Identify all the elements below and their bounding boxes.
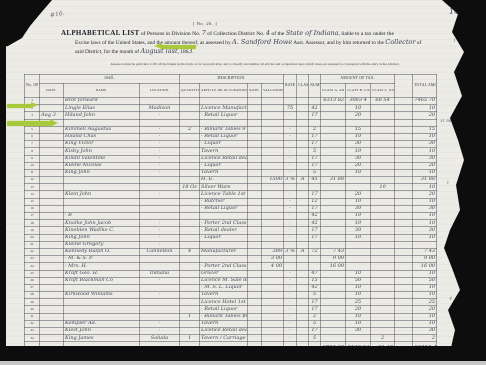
- ledger-cell-name: [64, 284, 140, 291]
- ledger-cell-rate: [248, 105, 262, 112]
- ledger-cell-b: [346, 184, 371, 191]
- ledger-cell-name: Kindll Valentine: [64, 155, 140, 162]
- ledger-cell-b: 10: [346, 198, 371, 205]
- ledger-cell-qty: [180, 220, 200, 227]
- scan-edge-top-left: [0, 0, 56, 50]
- ledger-cell-qty: 1: [180, 335, 200, 342]
- ledger-cell-loc: ·: [140, 227, 180, 234]
- ledger-cell-x: [395, 213, 413, 220]
- ledger-cell-cls: [297, 184, 309, 191]
- ledger-cell-rate: [248, 270, 262, 277]
- ledger-cell-cls: [297, 256, 309, 263]
- ledger-cell-date: [40, 234, 64, 241]
- ledger-cell-cls: [297, 126, 309, 133]
- ledger-cell-qty: [180, 205, 200, 212]
- ledger-cell-qty: [180, 155, 200, 162]
- ledger-cell-cls: [297, 133, 309, 140]
- handwritten-entry: A. Sandford Howe: [232, 38, 292, 46]
- ledger-cell-art: · Porter 2nd Class: [200, 263, 248, 270]
- ledger-cell-c: [371, 234, 395, 241]
- ledger-cell-b: 50: [346, 277, 371, 284]
- ledger-cell-name: Kirkwood Williams: [64, 292, 140, 299]
- pencil-margin-mark: 1: [453, 38, 456, 44]
- ledger-row: 30· Retail Liquor·172020: [25, 306, 437, 313]
- ledger-cell-x: [395, 292, 413, 299]
- line-number-cell: 33: [25, 328, 40, 335]
- ledger-cell-date: [40, 141, 64, 148]
- ledger-cell-t: 2: [413, 335, 437, 342]
- ledger-cell-val: [262, 148, 284, 155]
- ledger-cell-t: 16 00: [413, 263, 437, 270]
- ledger-cell-loc: [140, 299, 180, 306]
- ledger-cell-date: [40, 299, 64, 306]
- ledger-cell-date: [40, 227, 64, 234]
- ledger-cell-loc: [140, 98, 180, 105]
- ledger-cell-c: [371, 177, 395, 184]
- ledger-cell-a: [321, 227, 346, 234]
- ledger-cell-art: [200, 241, 248, 248]
- ledger-cell-loc: ·: [140, 320, 180, 327]
- ledger-cell-name: Kraft Geo. H.: [64, 270, 140, 277]
- ledger-cell-rate: [248, 335, 262, 342]
- ledger-cell-art: H. E.: [200, 177, 248, 184]
- ledger-cell-c: [371, 112, 395, 119]
- ledger-cell-a: [321, 198, 346, 205]
- ledger-cell-art: [200, 98, 248, 105]
- ledger-cell-c: [371, 119, 395, 126]
- ledger-cell-name: King John: [64, 169, 140, 176]
- ledger-cell-c: [371, 205, 395, 212]
- ledger-cell-date: [40, 277, 64, 284]
- ledger-cell-b: 3083 4: [346, 98, 371, 105]
- ledger-cell-x: [395, 227, 413, 234]
- ledger-cell-c: [371, 213, 395, 220]
- line-number-cell: 21: [25, 241, 40, 248]
- ledger-cell-x: [395, 191, 413, 198]
- ledger-cell-date: [40, 270, 64, 277]
- ledger-cell-val: [262, 241, 284, 248]
- ledger-cell-rate: [248, 141, 262, 148]
- ledger-cell-x: [395, 112, 413, 119]
- ledger-cell-art: · Retail Liquor: [200, 112, 248, 119]
- ledger-row: 27· M. S. L. Liquor·421010: [25, 284, 437, 291]
- ledger-cell-val: [262, 98, 284, 105]
- ledger-cell-rot: [284, 98, 297, 105]
- ledger-cell-t: 20: [413, 112, 437, 119]
- line-number-cell: 29: [25, 299, 40, 306]
- pencil-mark-top-left: #16.: [50, 10, 66, 19]
- ledger-cell-qty: [180, 198, 200, 205]
- ledger-cell-cls: [297, 263, 309, 270]
- ledger-row: 29Licence Hotel 1st Class·172525: [25, 299, 437, 306]
- ledger-cell-rot: ·: [284, 133, 297, 140]
- ledger-cell-loc: ·: [140, 292, 180, 299]
- ledger-cell-date: [40, 155, 64, 162]
- highlight-arrow-row-right: [7, 102, 38, 109]
- ledger-cell-val: [262, 198, 284, 205]
- ledger-row: 8Kisby John·Tavern·51010: [25, 148, 437, 155]
- ledger-row: 1Brot forward6313 823083 468 547465 70: [25, 98, 437, 105]
- ledger-cell-num: 17: [309, 162, 321, 169]
- ledger-cell-loc: ·: [140, 162, 180, 169]
- ledger-cell-cls: A: [297, 177, 309, 184]
- ledger-cell-name: [64, 177, 140, 184]
- ledger-cell-val: [262, 162, 284, 169]
- ledger-cell-rot: ·: [284, 198, 297, 205]
- ledger-cell-val: [262, 169, 284, 176]
- ledger-cell-rot: ·: [284, 213, 297, 220]
- ledger-cell-rot: [284, 184, 297, 191]
- ledger-row: 1318 OzSilver Ware1010: [25, 184, 437, 191]
- ledger-cell-art: Licence M. Sale dealer: [200, 277, 248, 284]
- ledger-cell-a: [321, 105, 346, 112]
- ledger-cell-art: · Billiard Tables $6: [200, 313, 248, 320]
- ledger-cell-b: 10: [346, 284, 371, 291]
- ledger-row: 3Aug 3Hiland John·· Retail Liquor·172020: [25, 112, 437, 119]
- ledger-cell-b: 10: [346, 105, 371, 112]
- ledger-cell-c: [371, 133, 395, 140]
- col-header-line: No. OF LINE.: [25, 75, 40, 98]
- ledger-cell-t: 30: [413, 227, 437, 234]
- ledger-cell-art: Tavern: [200, 169, 248, 176]
- ledger-cell-loc: Madison: [140, 105, 180, 112]
- ledger-cell-qty: [180, 328, 200, 335]
- ledger-row: 21Kleine Gregory·: [25, 241, 437, 248]
- ledger-cell-rate: [248, 98, 262, 105]
- pencil-margin-mark: 4: [449, 296, 452, 302]
- ledger-cell-name: Kineblen Wadlke C.: [64, 227, 140, 234]
- ledger-cell-x: [395, 320, 413, 327]
- col-header-date: DATE.: [40, 84, 64, 98]
- ledger-cell-art: Tavern: [200, 320, 248, 327]
- line-number-cell: 31: [25, 313, 40, 320]
- ledger-cell-art: · Retail dealer: [200, 227, 248, 234]
- ledger-cell-loc: ·: [140, 141, 180, 148]
- ledger-cell-loc: [140, 213, 180, 220]
- line-number-cell: 32: [25, 320, 40, 327]
- ledger-cell-t: 20: [413, 191, 437, 198]
- ledger-cell-t: 30: [413, 141, 437, 148]
- group-header-amount-of-tax: AMOUNT OF TAX.: [321, 75, 395, 84]
- ledger-cell-rate: [248, 256, 262, 263]
- ledger-cell-c: [371, 248, 395, 255]
- ledger-cell-t: 15: [413, 126, 437, 133]
- printed-text: of Collection District No.: [206, 31, 266, 37]
- ledger-cell-art: · Liquor: [200, 141, 248, 148]
- ledger-cell-x: [395, 126, 413, 133]
- line-number-cell: 19: [25, 227, 40, 234]
- ledger-cell-t: 10: [413, 184, 437, 191]
- col-header-location: LOCATION.: [140, 84, 180, 98]
- ledger-cell-date: Aug 3: [40, 112, 64, 119]
- ledger-cell-num: [309, 256, 321, 263]
- ledger-cell-cls: [297, 191, 309, 198]
- ledger-cell-c: [371, 320, 395, 327]
- printed-text: Asst. Assessor, and by him returned to t…: [292, 40, 385, 46]
- line-number-cell: 30: [25, 306, 40, 313]
- ledger-cell-cls: [297, 105, 309, 112]
- ledger-cell-b: [346, 177, 371, 184]
- ledger-cell-date: [40, 335, 64, 342]
- ledger-cell-c: [371, 241, 395, 248]
- ledger-cell-num: 17: [309, 328, 321, 335]
- ledger-cell-qty: [180, 162, 200, 169]
- ledger-cell-c: [371, 313, 395, 320]
- ledger-cell-cls: [297, 119, 309, 126]
- ledger-cell-art: [200, 213, 248, 220]
- ledger-cell-t: 30: [413, 205, 437, 212]
- ledger-cell-rate: [248, 155, 262, 162]
- ledger-cell-b: 10: [346, 220, 371, 227]
- ledger-cell-rate: [248, 126, 262, 133]
- ledger-cell-art: Tavern: [200, 148, 248, 155]
- ledger-cell-x: [395, 133, 413, 140]
- ledger-cell-val: [262, 320, 284, 327]
- ledger-cell-loc: ·: [140, 277, 180, 284]
- ledger-cell-rot: ·: [284, 328, 297, 335]
- ledger-cell-val: [262, 234, 284, 241]
- ledger-cell-num: 12: [309, 198, 321, 205]
- ledger-cell-rate: [248, 284, 262, 291]
- ledger-cell-name: · B: [64, 213, 140, 220]
- ledger-cell-a: [321, 241, 346, 248]
- ledger-cell-rate: [248, 248, 262, 255]
- ledger-cell-b: [346, 248, 371, 255]
- ledger-cell-b: 10: [346, 313, 371, 320]
- ledger-cell-c: [371, 328, 395, 335]
- ledger-cell-date: [40, 162, 64, 169]
- printed-text: of: [415, 40, 421, 46]
- ledger-cell-b: 30: [346, 155, 371, 162]
- ledger-cell-val: [262, 328, 284, 335]
- ledger-cell-x: [395, 284, 413, 291]
- ledger-cell-a: [321, 141, 346, 148]
- ledger-cell-a: [321, 234, 346, 241]
- ledger-cell-rate: [248, 306, 262, 313]
- ledger-cell-loc: Indiana: [140, 270, 180, 277]
- ledger-cell-b: 30: [346, 205, 371, 212]
- ledger-row: 23· M. & S. P.3 009 009 00: [25, 256, 437, 263]
- ledger-cell-date: [40, 148, 64, 155]
- ledger-cell-a: [321, 169, 346, 176]
- ledger-cell-rate: [248, 119, 262, 126]
- col-header-rate-of-tax: RATE OF TAX.: [284, 75, 297, 98]
- title-line-2: Excise laws of the United States, and th…: [75, 38, 421, 46]
- ledger-cell-a: [321, 270, 346, 277]
- ledger-cell-val: [262, 284, 284, 291]
- ledger-cell-num: 5: [309, 292, 321, 299]
- ledger-cell-val: [262, 205, 284, 212]
- ledger-cell-c: [371, 227, 395, 234]
- ledger-cell-name: Knolke John Jacob: [64, 220, 140, 227]
- ledger-cell-c: 68 54: [371, 98, 395, 105]
- ledger-cell-loc: [140, 284, 180, 291]
- ledger-cell-name: Kennedy Ralph O.: [64, 248, 140, 255]
- ledger-cell-art: · Liquor: [200, 234, 248, 241]
- ledger-cell-qty: [180, 256, 200, 263]
- ledger-cell-t: 10: [413, 169, 437, 176]
- ledger-cell-x: [395, 234, 413, 241]
- ledger-cell-num: [309, 119, 321, 126]
- ledger-cell-x: [395, 119, 413, 126]
- ledger-cell-num: 42: [309, 284, 321, 291]
- ledger-row: 26Kraft Blackman Co·Licence M. Sale deal…: [25, 277, 437, 284]
- ledger-cell-x: [395, 270, 413, 277]
- ledger-cell-a: [321, 205, 346, 212]
- ledger-cell-num: 17: [309, 141, 321, 148]
- ledger-cell-rate: [248, 112, 262, 119]
- ledger-cell-art: Licence Manufacturer: [200, 105, 248, 112]
- ledger-cell-x: [395, 328, 413, 335]
- ledger-cell-rot: ·: [284, 320, 297, 327]
- group-header-description: DESCRIPTION.: [180, 75, 284, 84]
- ledger-cell-b: 20: [346, 306, 371, 313]
- title-line-1: ALPHABETICAL LIST of Persons in Division…: [61, 29, 394, 37]
- printed-text: of Persons in Division No.: [139, 31, 201, 37]
- ledger-row: 33Kiest John·Licence Retail dealer / Kim…: [25, 328, 437, 335]
- ledger-cell-num: 5: [309, 169, 321, 176]
- ledger-cell-cls: [297, 141, 309, 148]
- ledger-cell-name: Kempler Ad.: [64, 320, 140, 327]
- ledger-row: 311· Billiard Tables $6·21010: [25, 313, 437, 320]
- ledger-cell-c: [371, 220, 395, 227]
- ledger-cell-rot: ·: [284, 126, 297, 133]
- ledger-row: 22Kennedy Ralph O.Cannelton4Manufacturer…: [25, 248, 437, 255]
- ledger-cell-loc: Cannelton: [140, 248, 180, 255]
- ledger-cell-val: [262, 155, 284, 162]
- col-header-class-a: CLASS A. AD VALOREM DUTY.: [321, 84, 346, 98]
- line-number-cell: 22: [25, 248, 40, 255]
- ledger-cell-name: Hiland Chas: [64, 133, 140, 140]
- ledger-cell-name: [64, 184, 140, 191]
- ledger-cell-art: Silver Ware: [200, 184, 248, 191]
- ledger-cell-rate: [248, 292, 262, 299]
- ledger-cell-art: · Butcher: [200, 198, 248, 205]
- ledger-cell-val: [262, 133, 284, 140]
- ledger-cell-cls: [297, 112, 309, 119]
- ledger-cell-date: [40, 248, 64, 255]
- ledger-cell-b: 15: [346, 126, 371, 133]
- ledger-cell-qty: [180, 241, 200, 248]
- ledger-cell-date: [40, 213, 64, 220]
- line-number-cell: 7: [25, 141, 40, 148]
- ledger-cell-rate: [248, 198, 262, 205]
- ledger-cell-c: [371, 277, 395, 284]
- line-number-cell: 13: [25, 184, 40, 191]
- ledger-cell-date: [40, 320, 64, 327]
- ledger-cell-val: [262, 213, 284, 220]
- ledger-cell-a: [321, 328, 346, 335]
- ledger-cell-num: 17: [309, 306, 321, 313]
- ledger-cell-loc: [140, 263, 180, 270]
- ledger-cell-qty: [180, 148, 200, 155]
- ledger-cell-rate: [248, 263, 262, 270]
- ledger-cell-c: 2: [371, 335, 395, 342]
- ledger-cell-t: 20: [413, 306, 437, 313]
- ledger-cell-art: Tavern / Carriage: [200, 335, 248, 342]
- ledger-cell-rot: ·: [284, 299, 297, 306]
- ledger-cell-num: 17: [309, 234, 321, 241]
- ledger-cell-cls: [297, 328, 309, 335]
- ledger-cell-t: 10: [413, 284, 437, 291]
- col-header-total: TOTAL AMOUNT OF TAX DUE.: [413, 75, 437, 98]
- ledger-cell-a: [321, 220, 346, 227]
- ledger-cell-cls: [297, 335, 309, 342]
- ledger-cell-x: [395, 241, 413, 248]
- ledger-cell-qty: [180, 292, 200, 299]
- ledger-cell-qty: 18 Oz: [180, 184, 200, 191]
- ledger-cell-art: · Retail Liquor: [200, 306, 248, 313]
- col-header-class-c: CLASS C. ENUMERATED ARTICLES.: [371, 84, 395, 98]
- ledger-cell-qty: 2: [180, 126, 200, 133]
- ledger-cell-val: [262, 105, 284, 112]
- ledger-cell-loc: [140, 306, 180, 313]
- ledger-cell-name: Hiland John: [64, 112, 140, 119]
- ledger-cell-a: [321, 313, 346, 320]
- ledger-cell-qty: [180, 320, 200, 327]
- highlight-arrow-row-right: [7, 119, 58, 127]
- ledger-cell-cls: [297, 205, 309, 212]
- ledger-cell-num: 72: [309, 248, 321, 255]
- ledger-cell-b: 10: [346, 148, 371, 155]
- ledger-cell-num: 2: [309, 126, 321, 133]
- ledger-cell-c: [371, 141, 395, 148]
- printed-text: , liable to a tax under the: [339, 31, 394, 37]
- ledger-cell-loc: [140, 177, 180, 184]
- ledger-cell-num: [309, 98, 321, 105]
- ledger-cell-cls: [297, 213, 309, 220]
- ledger-cell-qty: [180, 299, 200, 306]
- ledger-cell-rate: [248, 213, 262, 220]
- ledger-row: 25Kraft Geo. H.IndianaGrocer·471010: [25, 270, 437, 277]
- ledger-cell-rot: 3 %: [284, 177, 297, 184]
- ledger-cell-loc: [140, 184, 180, 191]
- ledger-cell-b: 10: [346, 234, 371, 241]
- ledger-cell-loc: ·: [140, 133, 180, 140]
- ledger-cell-qty: [180, 98, 200, 105]
- ledger-cell-t: 10: [413, 213, 437, 220]
- ledger-cell-b: [346, 335, 371, 342]
- ledger-row: 32Kempler Ad.·Tavern·51010: [25, 320, 437, 327]
- ledger-cell-c: [371, 162, 395, 169]
- ledger-cell-x: [395, 335, 413, 342]
- ledger-cell-rate: [248, 227, 262, 234]
- ledger-cell-t: [413, 241, 437, 248]
- ledger-cell-art: · Retail Liquor: [200, 205, 248, 212]
- ledger-cell-rot: [284, 256, 297, 263]
- ledger-cell-date: [40, 198, 64, 205]
- ledger-cell-t: 10: [413, 313, 437, 320]
- ledger-cell-val: [262, 220, 284, 227]
- ledger-cell-name: Brot forward: [64, 98, 140, 105]
- ledger-cell-c: [371, 126, 395, 133]
- ledger-cell-name: Kiest John: [64, 328, 140, 335]
- ledger-cell-x: [395, 162, 413, 169]
- ledger-cell-art: Manufacturer: [200, 248, 248, 255]
- ledger-cell-a: [321, 133, 346, 140]
- ledger-cell-c: [371, 105, 395, 112]
- ledger-cell-rot: ·: [284, 148, 297, 155]
- ledger-cell-num: 17: [309, 133, 321, 140]
- ledger-cell-t: 10: [413, 198, 437, 205]
- line-number-cell: 26: [25, 277, 40, 284]
- ledger-cell-art: · Billiard Tables 9 Com: [200, 126, 248, 133]
- ledger-cell-val: [262, 292, 284, 299]
- scan-edge-right: [430, 0, 486, 352]
- ledger-cell-t: 20: [413, 162, 437, 169]
- ledger-cell-date: [40, 205, 64, 212]
- ledger-cell-cls: A: [297, 248, 309, 255]
